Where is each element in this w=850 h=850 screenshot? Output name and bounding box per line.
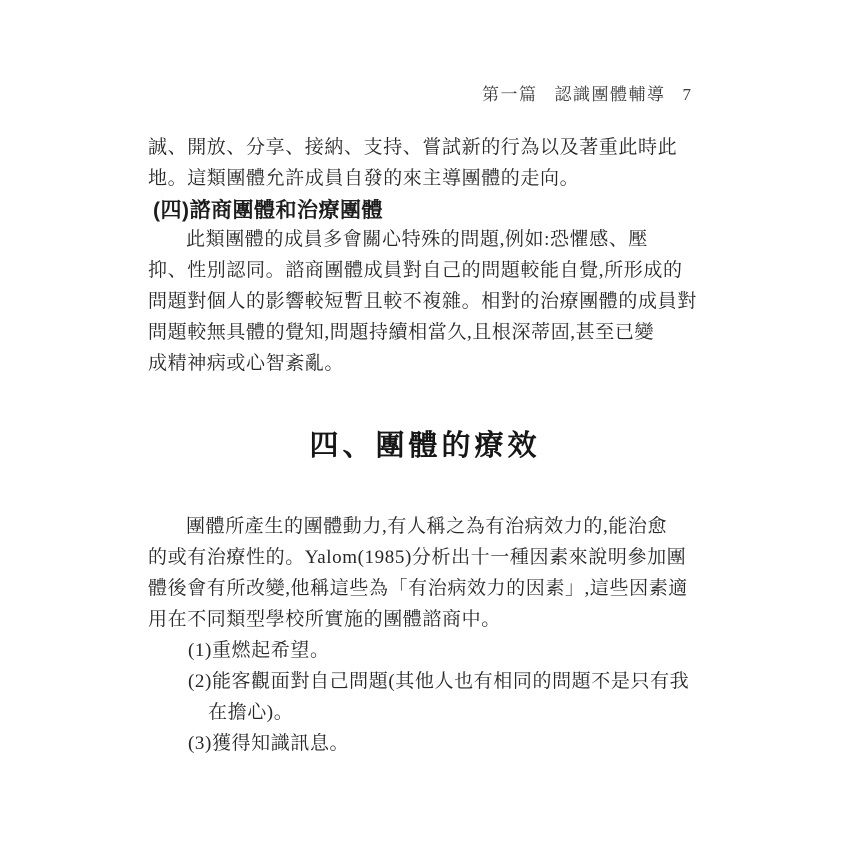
- paragraph-counseling-therapy-groups: 此類團體的成員多會關心特殊的問題,例如:恐懼感、壓 抑、性別認同。諮商團體成員對…: [148, 224, 714, 379]
- text-line: 問題對個人的影響較短暫且較不複雜。相對的治療團體的成員對: [148, 286, 714, 317]
- text-line: 的或有治療性的。Yalom(1985)分析出十一種因素來說明參加團: [148, 542, 714, 573]
- text-line: 誠、開放、分享、接納、支持、嘗試新的行為以及著重此時此: [148, 132, 714, 163]
- section-heading: 四、團體的療效: [0, 423, 850, 464]
- list-item: (3)獲得知識訊息。: [148, 728, 714, 759]
- header-section-title: 認識團體輔導: [555, 80, 666, 105]
- text-line: 問題較無具體的覺知,問題持續相當久,且根深蒂固,甚至已變: [148, 317, 714, 348]
- text-line: 地。這類團體允許成員自發的來主導團體的走向。: [148, 163, 714, 194]
- text-line: 抑、性別認同。諮商團體成員對自己的問題較能自覺,所形成的: [148, 255, 714, 286]
- text-line: 體後會有所改變,他稱這些為「有治病效力的因素」,這些因素適: [148, 573, 714, 604]
- header-part-label: 第一篇: [482, 80, 538, 105]
- list-item: (1)重燃起希望。: [148, 635, 714, 666]
- text-line: 團體所產生的團體動力,有人稱之為有治病效力的,能治愈: [148, 511, 714, 542]
- book-page: 第一篇 認識團體輔導 7 誠、開放、分享、接納、支持、嘗試新的行為以及著重此時此…: [0, 0, 850, 850]
- list-item-continuation: 在擔心)。: [148, 697, 714, 728]
- numbered-factor-list: (1)重燃起希望。 (2)能客觀面對自己問題(其他人也有相同的問題不是只有我 在…: [148, 635, 714, 759]
- text-line: 用在不同類型學校所實施的團體諮商中。: [148, 604, 714, 635]
- paragraph-continuation: 誠、開放、分享、接納、支持、嘗試新的行為以及著重此時此 地。這類團體允許成員自發…: [148, 132, 714, 194]
- subsection-heading: (四)諮商團體和治療團體: [153, 194, 383, 224]
- header-page-number: 7: [683, 85, 693, 105]
- paragraph-therapeutic-factors: 團體所產生的團體動力,有人稱之為有治病效力的,能治愈 的或有治療性的。Yalom…: [148, 511, 714, 635]
- running-header: 第一篇 認識團體輔導 7: [482, 80, 693, 105]
- text-line: 成精神病或心智紊亂。: [148, 348, 714, 379]
- list-item: (2)能客觀面對自己問題(其他人也有相同的問題不是只有我: [148, 666, 714, 697]
- text-line: 此類團體的成員多會關心特殊的問題,例如:恐懼感、壓: [148, 224, 714, 255]
